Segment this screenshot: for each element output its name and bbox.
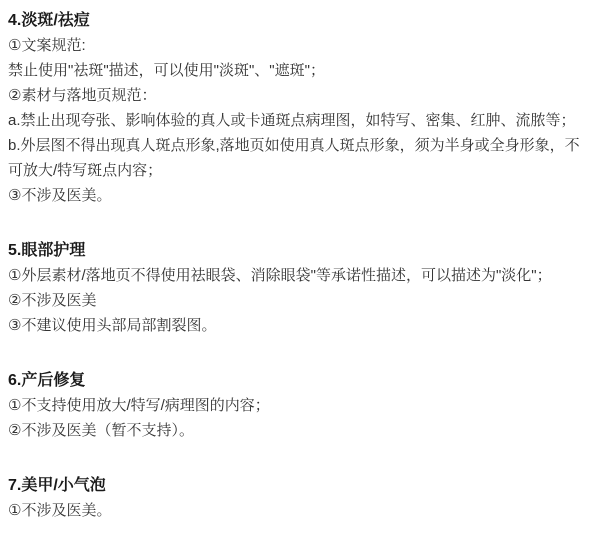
policy-line: ①外层素材/落地页不得使用祛眼袋、消除眼袋"等承诺性描述，可以描述为"淡化"； bbox=[8, 263, 592, 288]
policy-line: a.禁止出现夸张、影响体验的真人或卡通斑点病理图，如特写、密集、红肿、流脓等； bbox=[8, 108, 592, 133]
policy-line: ②素材与落地页规范： bbox=[8, 83, 592, 108]
section-meijia-xiaoqipao: 7.美甲/小气泡 ①不涉及医美。 bbox=[8, 473, 592, 523]
section-title: 5.眼部护理 bbox=[8, 238, 592, 263]
policy-line: ①不支持使用放大/特写/病理图的内容； bbox=[8, 393, 592, 418]
section-title: 6.产后修复 bbox=[8, 368, 592, 393]
policy-line: ①不涉及医美。 bbox=[8, 498, 592, 523]
section-chanhou-xiufu: 6.产后修复 ①不支持使用放大/特写/病理图的内容； ②不涉及医美（暂不支持）。 bbox=[8, 368, 592, 443]
policy-line: ②不涉及医美（暂不支持）。 bbox=[8, 418, 592, 443]
policy-document: 4.淡斑/祛痘 ①文案规范: 禁止使用"祛斑"描述，可以使用"淡斑"、"遮斑"；… bbox=[0, 0, 600, 523]
policy-line: ③不涉及医美。 bbox=[8, 183, 592, 208]
section-title: 4.淡斑/祛痘 bbox=[8, 8, 592, 33]
policy-line: ③不建议使用头部局部割裂图。 bbox=[8, 313, 592, 338]
policy-line: ①文案规范: bbox=[8, 33, 592, 58]
section-danban-qudou: 4.淡斑/祛痘 ①文案规范: 禁止使用"祛斑"描述，可以使用"淡斑"、"遮斑"；… bbox=[8, 8, 592, 208]
section-yanbu-huli: 5.眼部护理 ①外层素材/落地页不得使用祛眼袋、消除眼袋"等承诺性描述，可以描述… bbox=[8, 238, 592, 338]
section-title: 7.美甲/小气泡 bbox=[8, 473, 592, 498]
policy-line: b.外层图不得出现真人斑点形象,落地页如使用真人斑点形象，须为半身或全身形象，不… bbox=[8, 133, 592, 183]
policy-line: ②不涉及医美 bbox=[8, 288, 592, 313]
policy-line: 禁止使用"祛斑"描述，可以使用"淡斑"、"遮斑"； bbox=[8, 58, 592, 83]
